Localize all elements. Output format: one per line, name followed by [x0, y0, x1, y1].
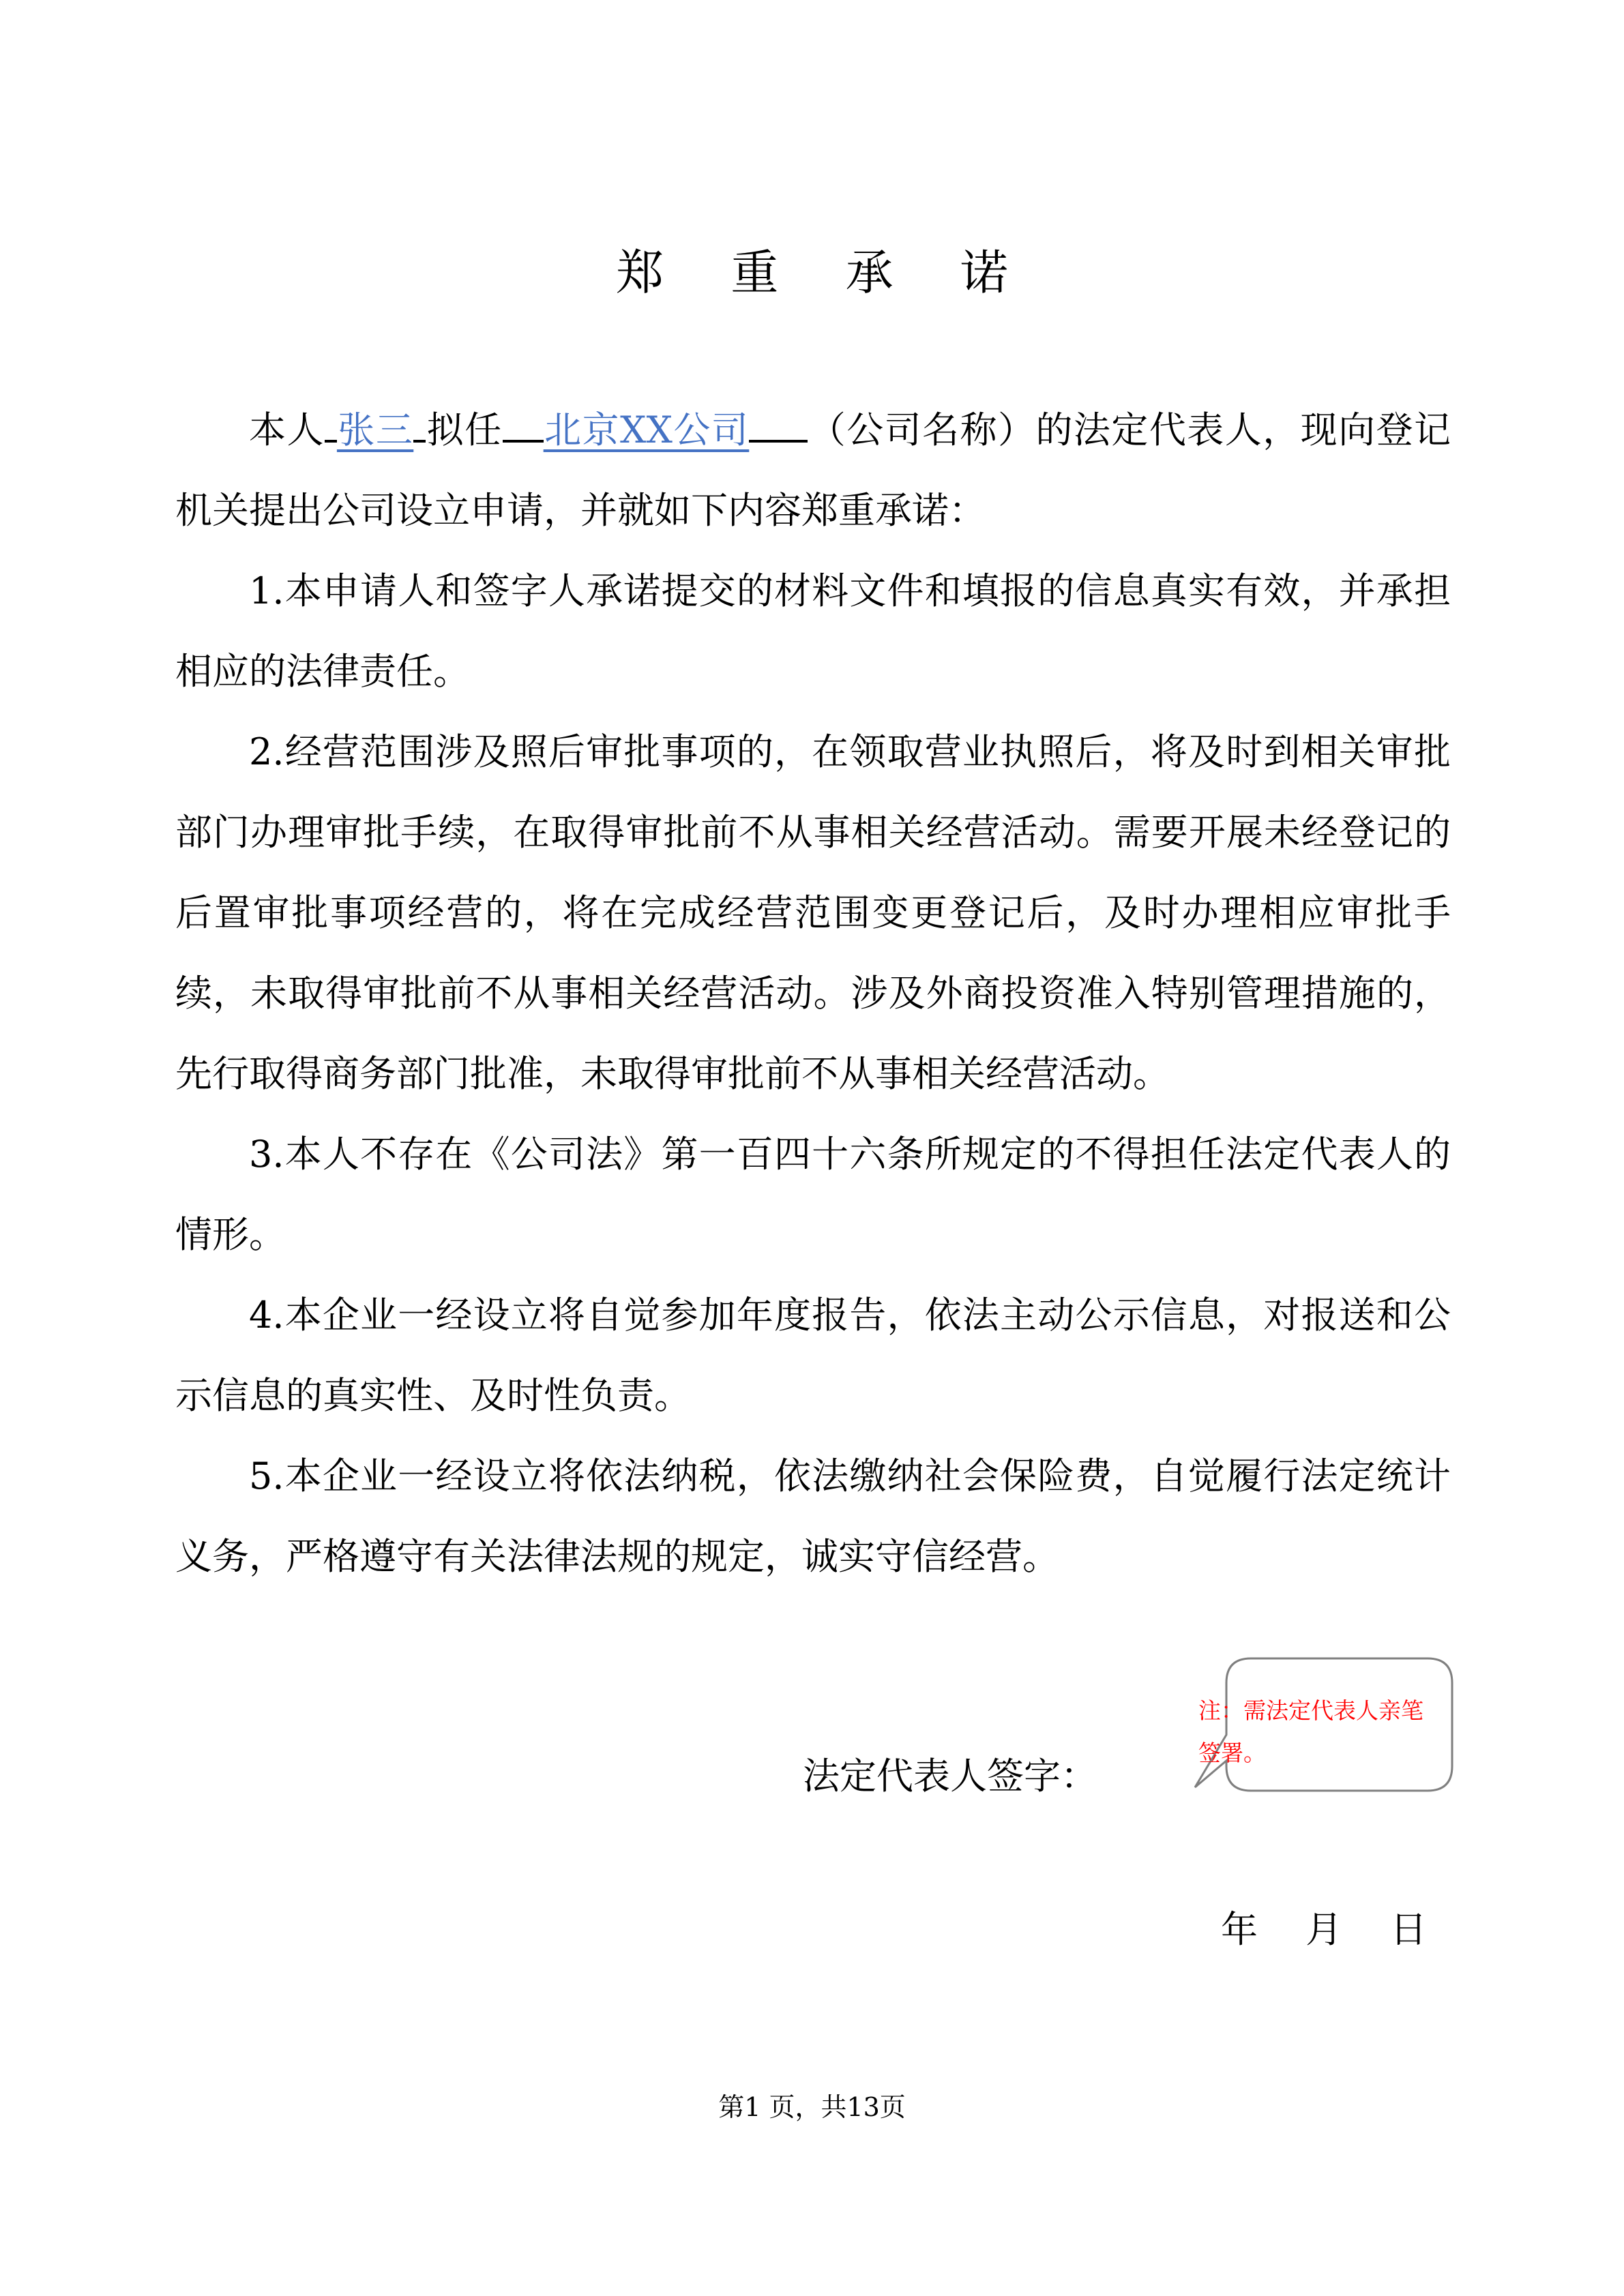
date-year-label: 年: [1221, 1903, 1258, 1957]
company-blank-right: [749, 398, 808, 443]
callout-note: 注：需法定代表人亲笔签署。: [1198, 1690, 1430, 1774]
intro-prefix: 本人: [249, 408, 325, 451]
commitment-item-2: 2.经营范围涉及照后审批事项的，在领取营业执照后，将及时到相关审批部门办理审批手…: [175, 712, 1451, 1114]
representative-name-field[interactable]: 张三: [337, 408, 413, 451]
intro-paragraph: 本人张三拟任北京XX公司（公司名称）的法定代表人，现向登记机关提出公司设立申请，…: [175, 390, 1451, 551]
commitment-item-4: 4.本企业一经设立将自觉参加年度报告，依法主动公示信息，对报送和公示信息的真实性…: [175, 1275, 1451, 1436]
intro-middle: 拟任: [426, 408, 502, 451]
signature-label: 法定代表人签字：: [803, 1749, 1097, 1804]
name-blank-right: [413, 398, 426, 443]
commitment-item-1: 1.本申请人和签字人承诺提交的材料文件和填报的信息真实有效，并承担相应的法律责任…: [175, 551, 1451, 712]
commitment-item-5: 5.本企业一经设立将依法纳税，依法缴纳社会保险费，自觉履行法定统计义务，严格遵守…: [175, 1436, 1451, 1597]
name-blank-left: [325, 398, 337, 443]
commitment-item-3: 3.本人不存在《公司法》第一百四十六条所规定的不得担任法定代表人的情形。: [175, 1114, 1451, 1275]
document-title: 郑 重 承 诺: [0, 242, 1624, 303]
document-page: 郑 重 承 诺 本人张三拟任北京XX公司（公司名称）的法定代表人，现向登记机关提…: [0, 0, 1624, 2296]
page-footer: 第1 页，共13页: [0, 2090, 1624, 2124]
date-line: 年月日: [1221, 1903, 1427, 1957]
company-name-field[interactable]: 北京XX公司: [544, 408, 750, 451]
date-day-label: 日: [1390, 1903, 1427, 1957]
company-blank-left: [503, 398, 544, 443]
date-month-label: 月: [1305, 1903, 1342, 1957]
